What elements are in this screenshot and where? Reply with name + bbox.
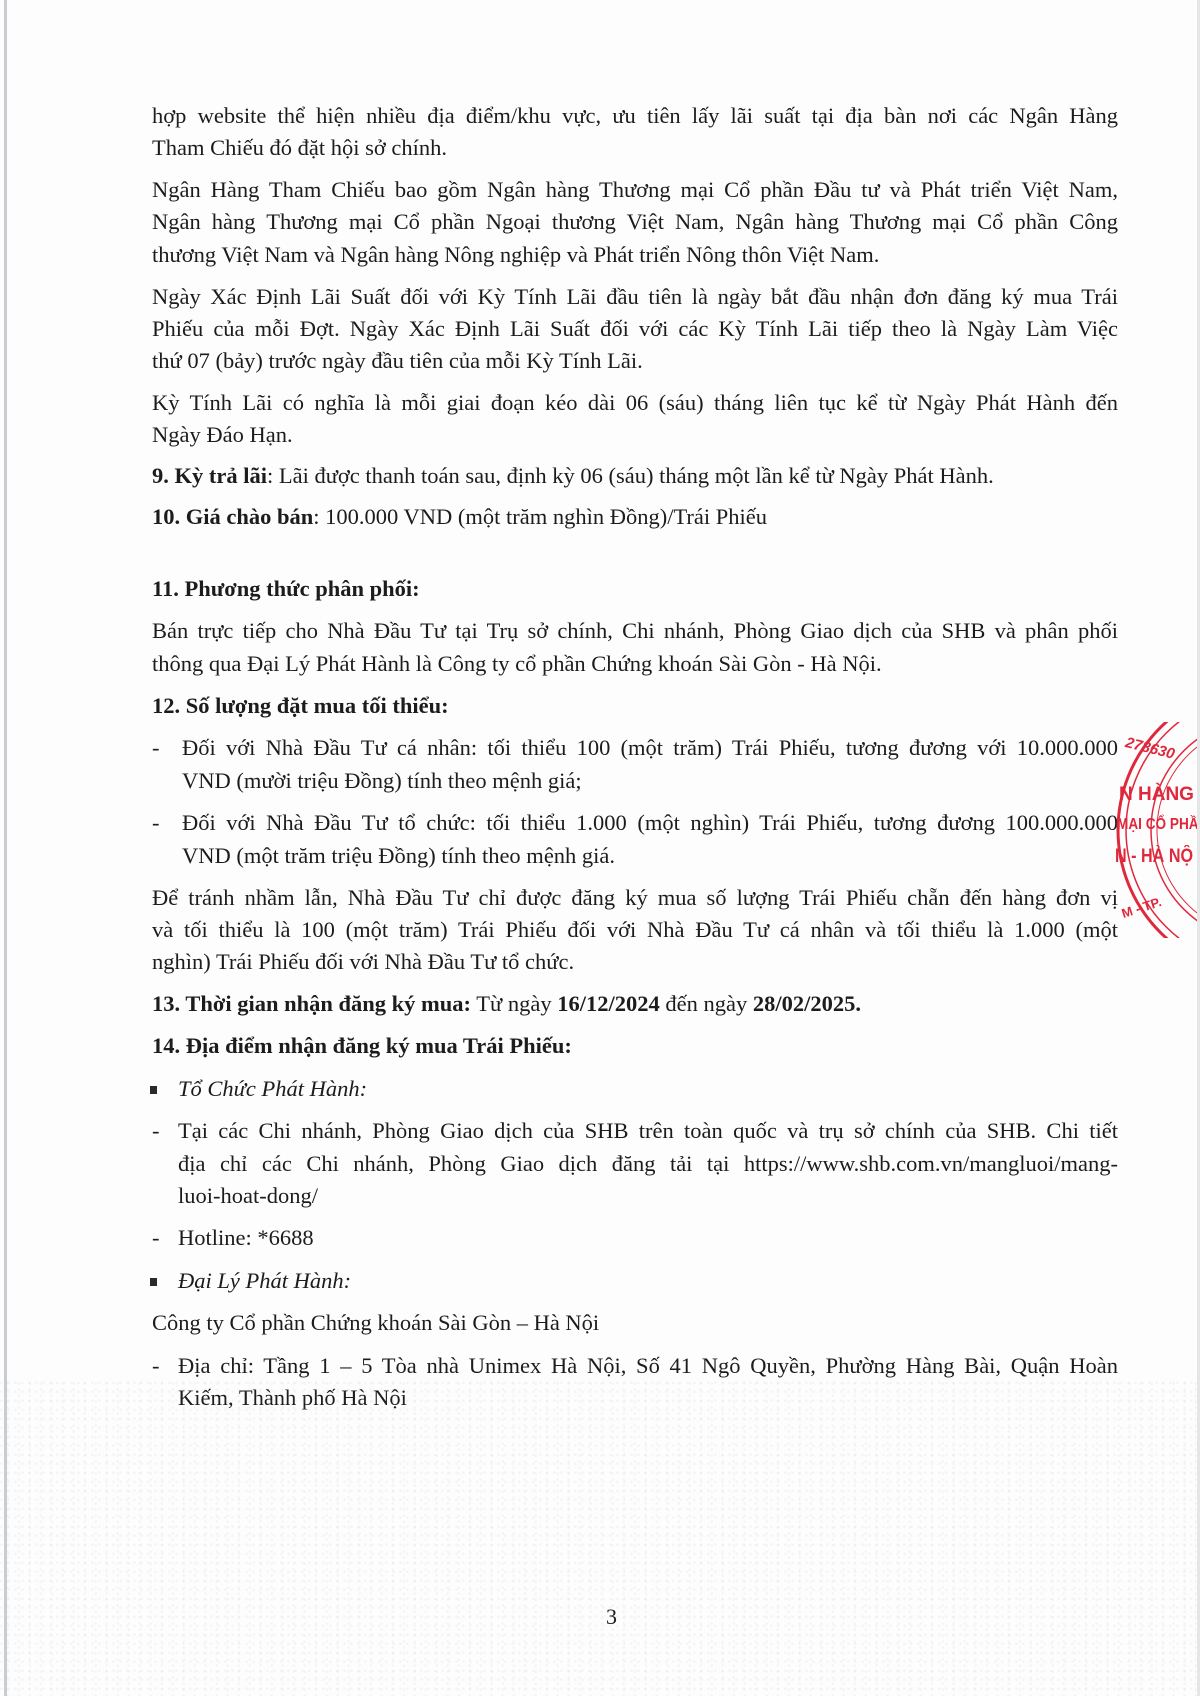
bullet-dash: - xyxy=(152,733,160,763)
section-14-heading: 14. Địa điểm nhận đăng ký mua Trái Phiếu… xyxy=(152,1031,1118,1061)
square-bullet-icon xyxy=(150,1278,157,1286)
paragraph-line: hợp website thể hiện nhiều địa điểm/khu … xyxy=(152,101,1118,131)
paragraph-line: Ngày Đáo Hạn. xyxy=(152,420,1118,450)
start-date: 16/12/2024 xyxy=(557,991,660,1016)
page-number: 3 xyxy=(606,1602,617,1632)
paragraph-line: Bán trực tiếp cho Nhà Đầu Tư tại Trụ sở … xyxy=(152,616,1118,646)
section-13-heading: 13. Thời gian nhận đăng ký mua: xyxy=(152,991,471,1016)
paragraph-line: Phiếu của mỗi Đợt. Ngày Xác Định Lãi Suấ… xyxy=(152,314,1118,344)
section-10: 10. Giá chào bán: 100.000 VND (một trăm … xyxy=(152,502,1118,532)
paragraph-line: thông qua Đại Lý Phát Hành là Công ty cổ… xyxy=(152,649,1118,679)
agent-company: Công ty Cổ phần Chứng khoán Sài Gòn – Hà… xyxy=(152,1308,1118,1338)
end-date: 28/02/2025 xyxy=(753,991,856,1016)
paragraph-line: và tối thiểu là 100 (một trăm) Trái Phiế… xyxy=(152,915,1118,945)
paragraph-line: Ngân hàng Thương mại Cổ phần Ngoại thươn… xyxy=(152,207,1118,237)
section-10-text: : 100.000 VND (một trăm nghìn Đồng)/Trái… xyxy=(313,504,767,529)
section-9-heading: 9. Kỳ trả lãi xyxy=(152,463,267,488)
stamp-line: N - HÀ NỘ xyxy=(1115,846,1193,868)
list-item-line: Kiếm, Thành phố Hà Nội xyxy=(178,1383,1118,1413)
paragraph-line: Kỳ Tính Lãi có nghĩa là mỗi giai đoạn ké… xyxy=(152,388,1118,418)
paragraph-line: Ngày Xác Định Lãi Suất đối với Kỳ Tính L… xyxy=(152,282,1118,312)
agent-label: Đại Lý Phát Hành: xyxy=(178,1266,1118,1296)
list-item-line: VND (mười triệu Đồng) tính theo mệnh giá… xyxy=(182,766,1118,796)
section-12-heading: 12. Số lượng đặt mua tối thiểu: xyxy=(152,691,1118,721)
section-13-middle: đến ngày xyxy=(660,991,753,1016)
list-item-line: Đối với Nhà Đầu Tư cá nhân: tối thiểu 10… xyxy=(182,733,1118,763)
list-item-line: Tại các Chi nhánh, Phòng Giao dịch của S… xyxy=(178,1116,1118,1146)
section-10-heading: 10. Giá chào bán xyxy=(152,504,313,529)
list-item-line: địa chỉ các Chi nhánh, Phòng Giao dịch đ… xyxy=(178,1149,1118,1179)
paragraph-line: Tham Chiếu đó đặt hội sở chính. xyxy=(152,133,1118,163)
bullet-dash: - xyxy=(152,808,160,838)
paragraph-line: Ngân Hàng Tham Chiếu bao gồm Ngân hàng T… xyxy=(152,175,1118,205)
list-item-line: Địa chỉ: Tầng 1 – 5 Tòa nhà Unimex Hà Nộ… xyxy=(178,1351,1118,1381)
bullet-dash: - xyxy=(152,1351,160,1381)
paragraph-line: thương Việt Nam và Ngân hàng Nông nghiệp… xyxy=(152,240,1118,270)
company-seal-stamp: 278630 N HÀNG MẠI CỔ PHẦ N - HÀ NỘ M - T… xyxy=(1113,722,1197,938)
section-13: 13. Thời gian nhận đăng ký mua: Từ ngày … xyxy=(152,989,1118,1019)
list-item-line: Đối với Nhà Đầu Tư tổ chức: tối thiểu 1.… xyxy=(182,808,1118,838)
section-9: 9. Kỳ trả lãi: Lãi được thanh toán sau, … xyxy=(152,461,1118,491)
section-9-text: : Lãi được thanh toán sau, định kỳ 06 (s… xyxy=(267,463,994,488)
section-11-heading: 11. Phương thức phân phối: xyxy=(152,574,1118,604)
hotline: Hotline: *6688 xyxy=(178,1223,1118,1253)
issuer-label: Tổ Chức Phát Hành: xyxy=(178,1074,1118,1104)
paragraph-line: thứ 07 (bảy) trước ngày đầu tiên của mỗi… xyxy=(152,346,1118,376)
bullet-dash: - xyxy=(152,1223,160,1253)
document-page: hợp website thể hiện nhiều địa điểm/khu … xyxy=(0,0,1197,1696)
paragraph-line: Để tránh nhầm lẫn, Nhà Đầu Tư chỉ được đ… xyxy=(152,883,1118,913)
stamp-line: N HÀNG xyxy=(1119,784,1194,806)
paragraph-line: nghìn) Trái Phiếu đối với Nhà Đầu Tư tổ … xyxy=(152,947,1118,977)
section-13-suffix: . xyxy=(855,991,861,1016)
square-bullet-icon xyxy=(150,1086,157,1094)
stamp-line: MẠI CỔ PHẦ xyxy=(1117,816,1197,834)
section-13-prefix: Từ ngày xyxy=(471,991,557,1016)
list-item-line: VND (một trăm triệu Đồng) tính theo mệnh… xyxy=(182,841,1118,871)
list-item-line: luoi-hoat-dong/ xyxy=(178,1181,1118,1211)
scan-noise xyxy=(0,1380,1197,1696)
bullet-dash: - xyxy=(152,1116,160,1146)
